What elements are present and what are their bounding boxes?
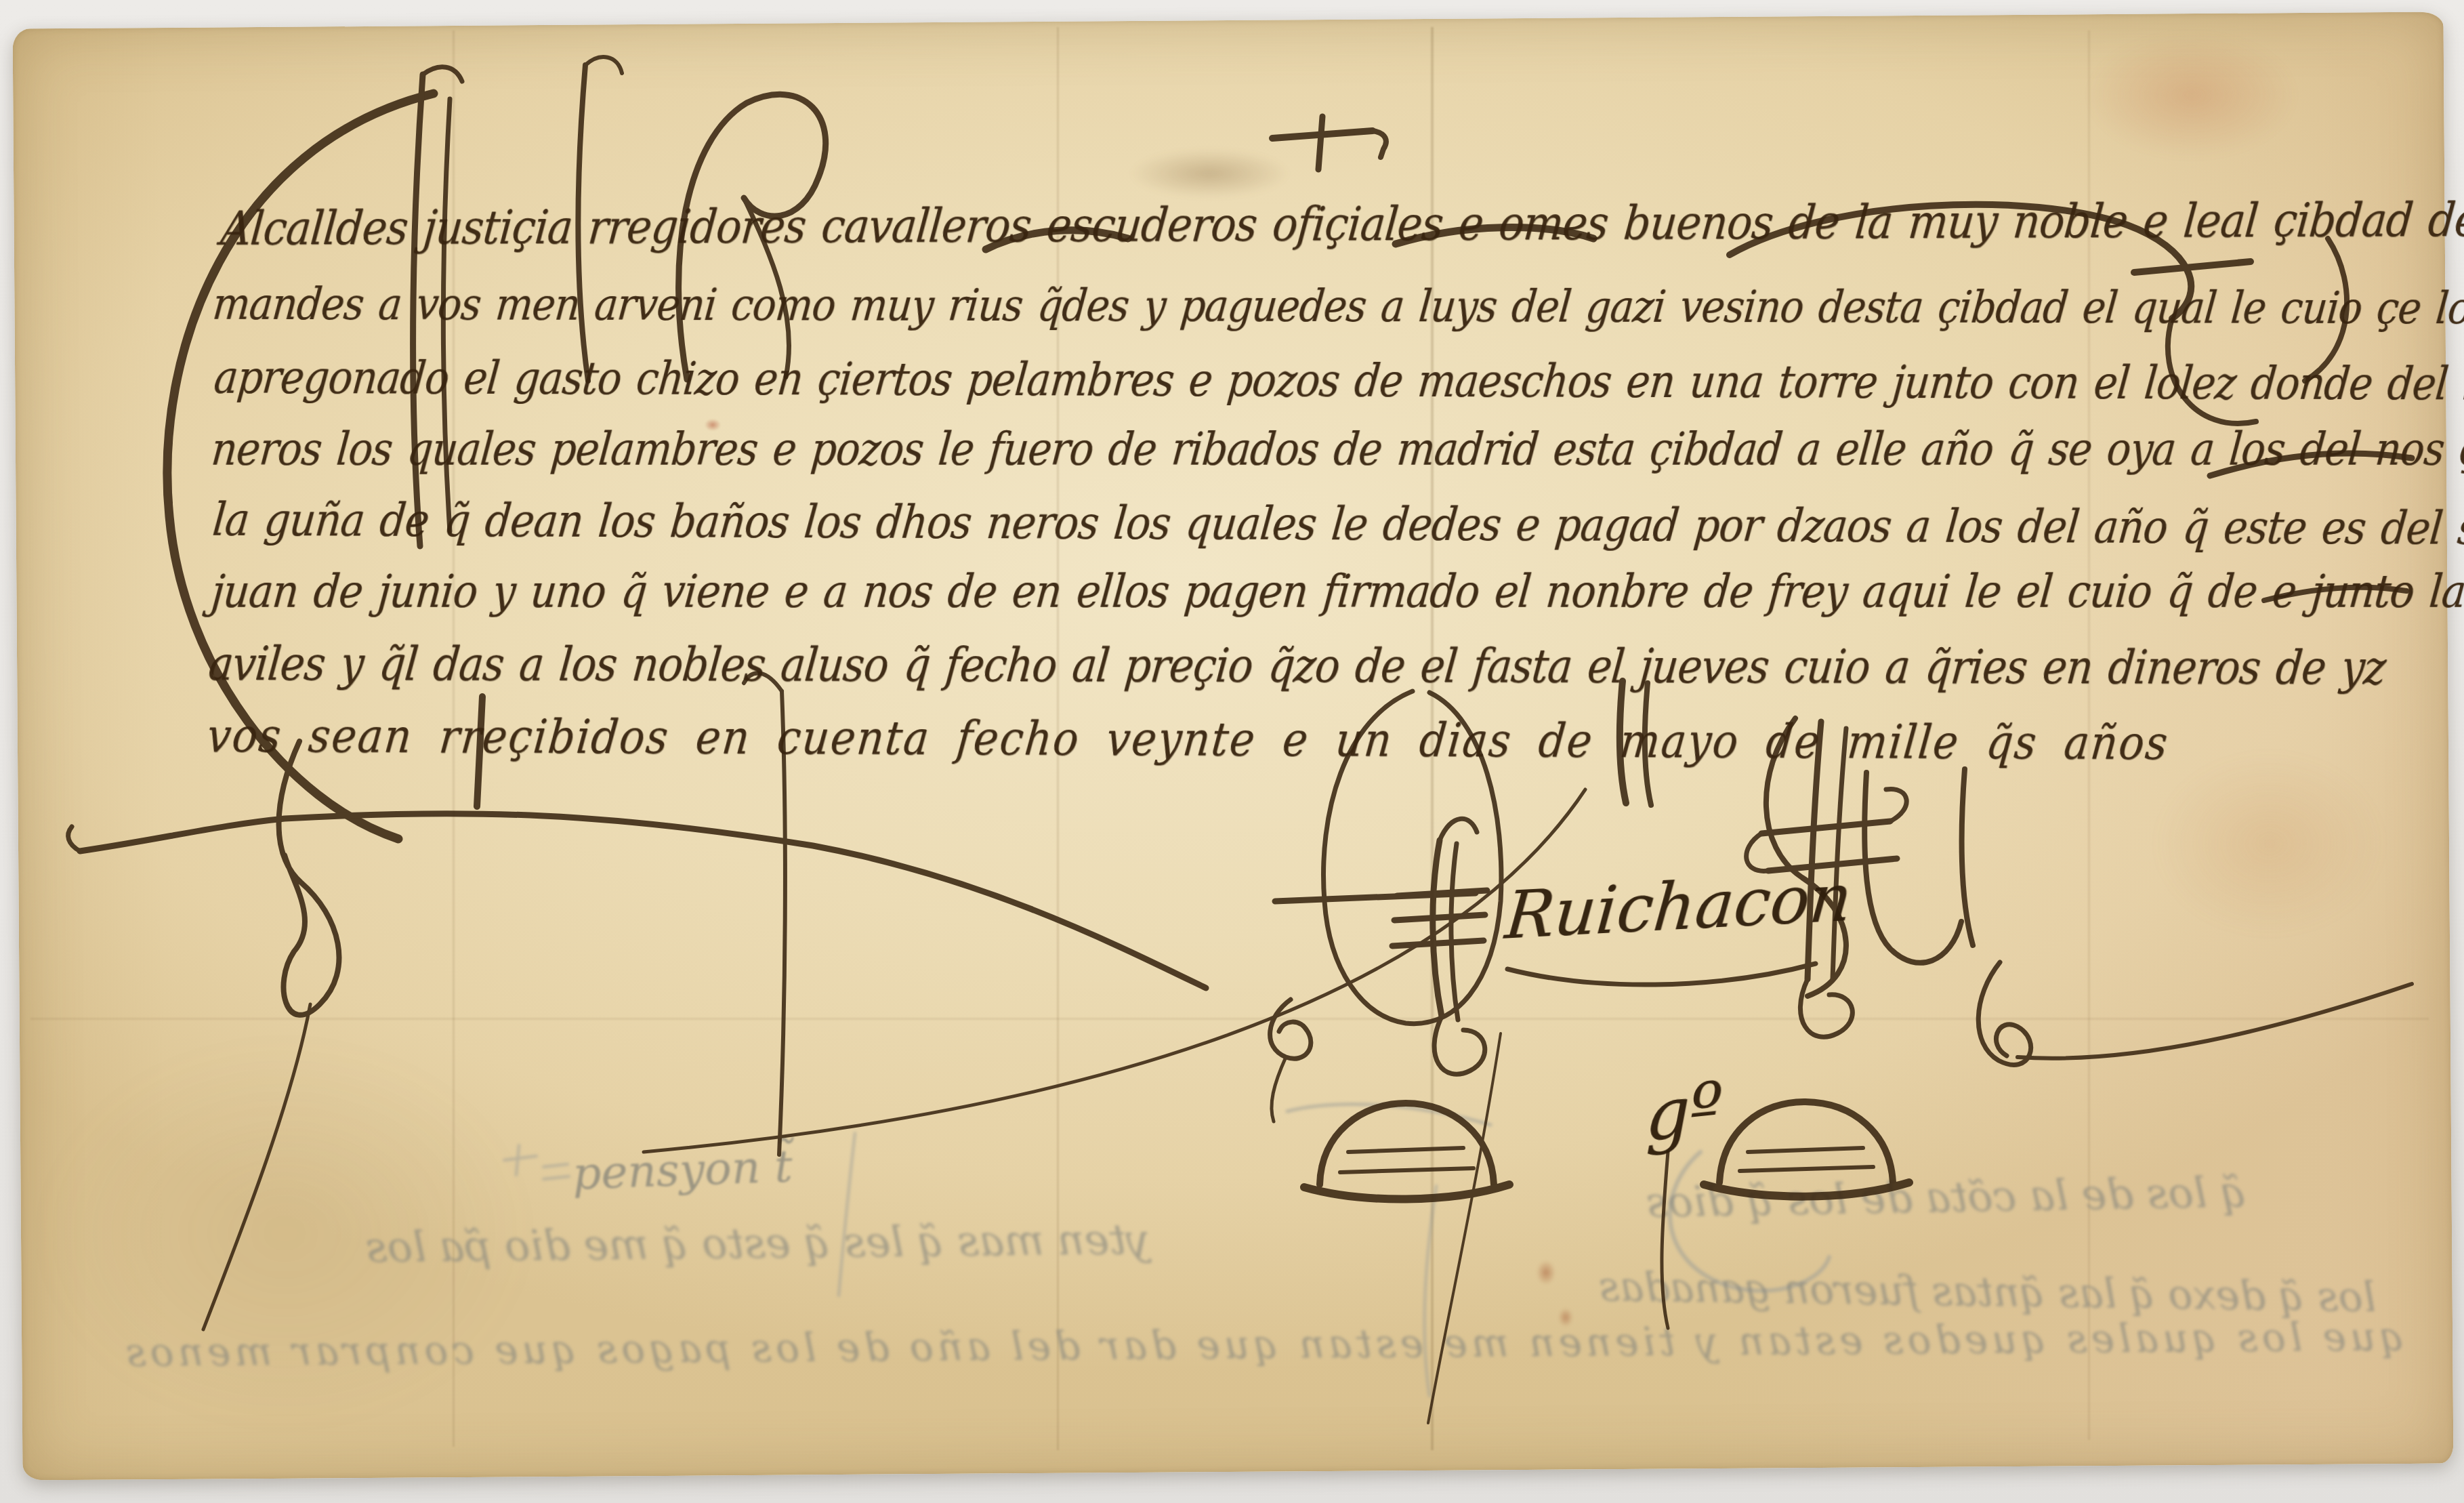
manuscript-text-line: aviles y q̃l das a los nobles aluso q̃ f…: [206, 637, 2387, 695]
manuscript-text-line: mandes a vos men arveni como muy rius q̃…: [211, 278, 2464, 334]
signature-initial: gº: [1645, 1067, 1723, 1158]
manuscript-text-line: Alcalldes justiçia rregidores cavalleros…: [219, 191, 2464, 256]
scanned-manuscript-page: pensyon t̃ q̃ los de la cõta de los q̃ d…: [0, 0, 2464, 1503]
verso-showthrough-line: q̃ los de la cõta de los q̃ dios: [1646, 1167, 2247, 1227]
verso-showthrough-line: pensyon t̃: [572, 1140, 793, 1199]
manuscript-text-line: vos sean rreçibidos en cuenta fecho veyn…: [205, 707, 2171, 770]
verso-showthrough-line: yten mas q̃ les q̃ esto q̃ me dio p̃a lo…: [366, 1214, 1150, 1272]
manuscript-text-line: juan de junio y uno q̃ viene e a nos de …: [209, 565, 2464, 618]
manuscript-text-line: neros los quales pelambres e pozos le fu…: [209, 423, 2464, 475]
manuscript-text-line: apregonado el gasto chizo en çiertos pel…: [212, 351, 2464, 410]
manuscript-text-line: la guña de q̃ dean los baños los dhos ne…: [210, 493, 2464, 556]
